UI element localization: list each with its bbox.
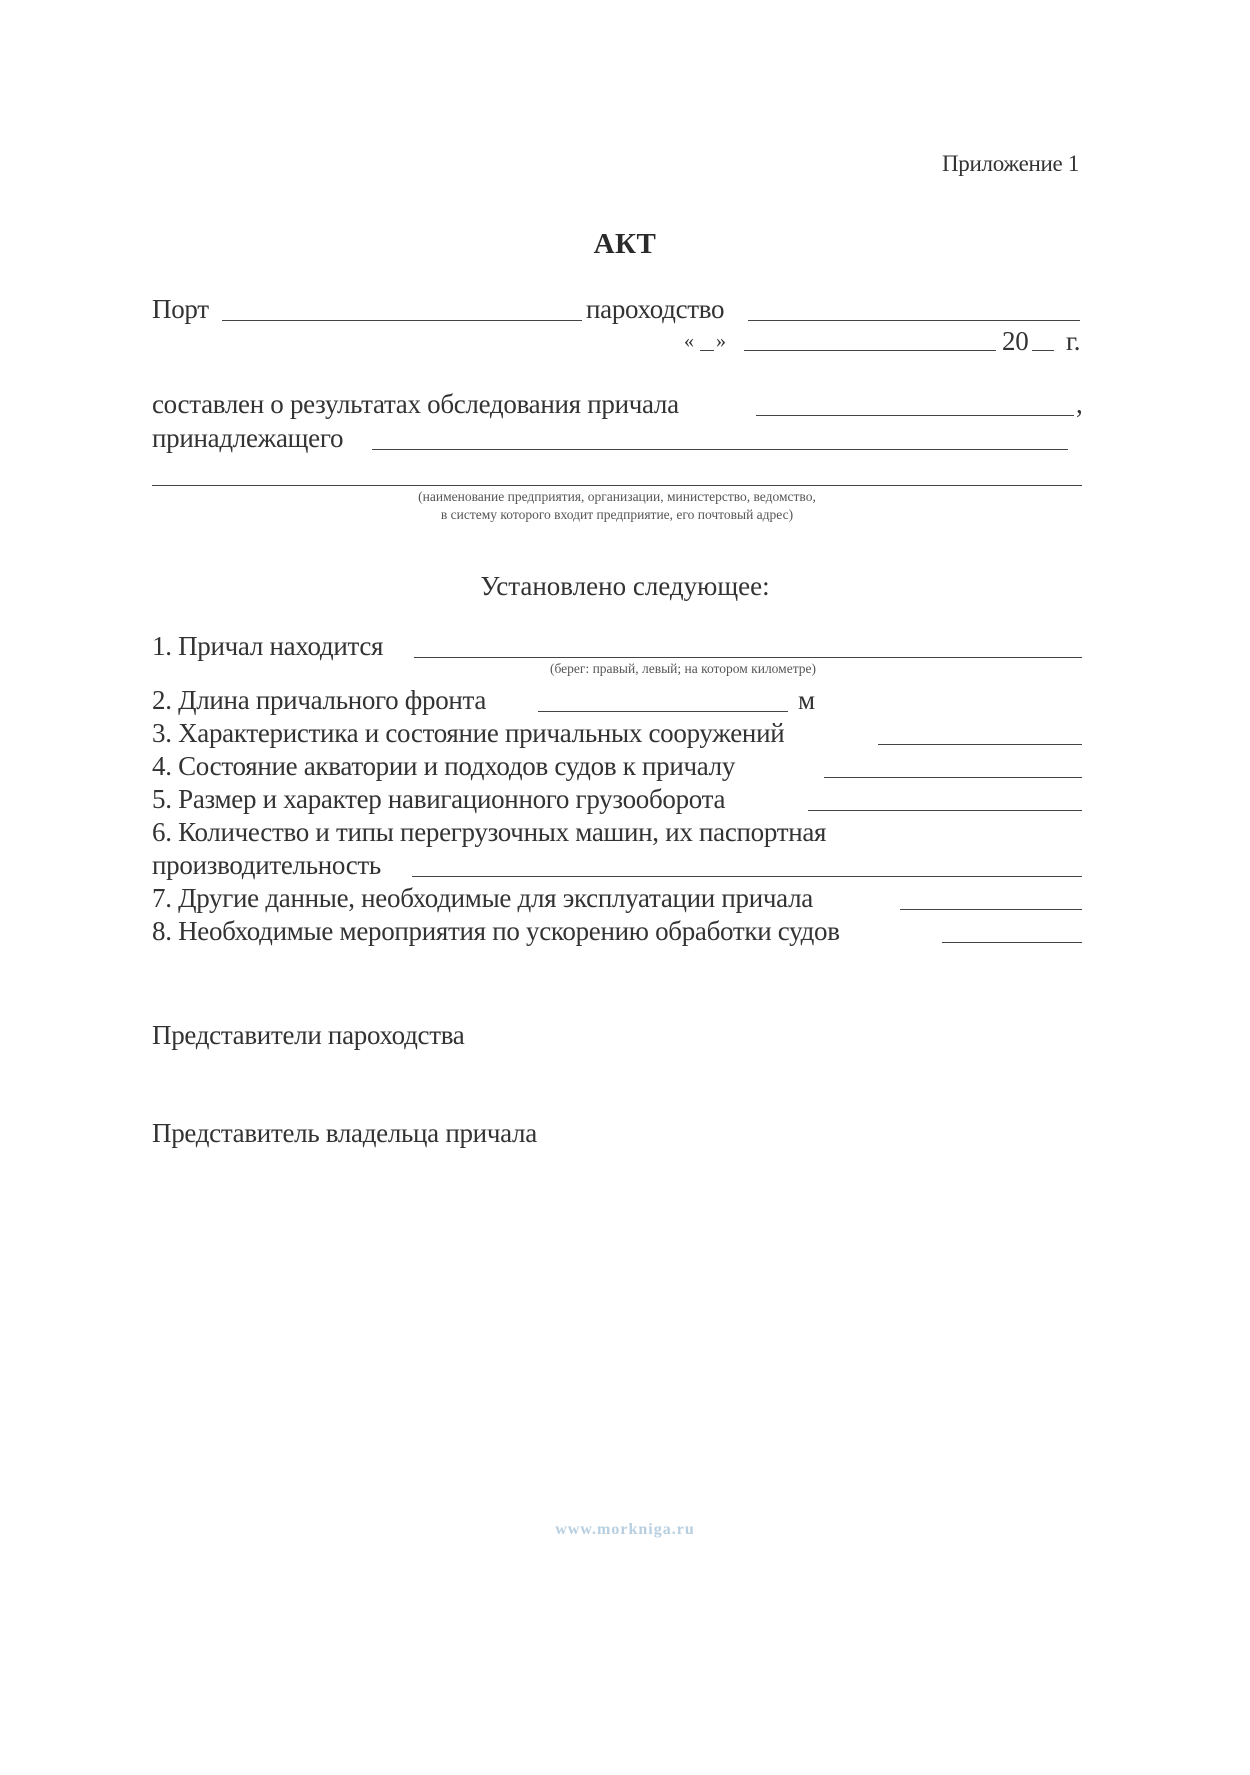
item-8-label: 8. Необходимые мероприятия по ускорению … bbox=[152, 918, 840, 945]
owner-field-continuation[interactable] bbox=[152, 485, 1082, 486]
item-4-field[interactable] bbox=[824, 777, 1082, 778]
company-field[interactable] bbox=[748, 320, 1080, 321]
item-1-label: 1. Причал находится bbox=[152, 633, 383, 660]
item-2-unit: м bbox=[798, 687, 815, 714]
date-close-quote: » bbox=[716, 330, 726, 353]
intro-line1: составлен о результатах обследования при… bbox=[152, 391, 679, 418]
item-5-field[interactable] bbox=[808, 810, 1082, 811]
port-label: Порт bbox=[152, 296, 209, 323]
watermark: www.morkniga.ru bbox=[0, 1521, 1250, 1539]
document-title: АКТ bbox=[0, 228, 1250, 261]
intro-line2: принадлежащего bbox=[152, 425, 343, 452]
owner-field[interactable] bbox=[372, 449, 1068, 450]
date-open-quote: « bbox=[684, 330, 694, 353]
owner-caption-line2: в систему которого входит предприятие, е… bbox=[152, 506, 1082, 524]
owner-caption-line1: (наименование предприятия, организации, … bbox=[152, 488, 1082, 506]
year-suffix: г. bbox=[1066, 328, 1080, 355]
item-7-field[interactable] bbox=[900, 909, 1082, 910]
item-3-field[interactable] bbox=[878, 744, 1082, 745]
item-1-caption: (берег: правый, левый; на котором киломе… bbox=[550, 660, 816, 678]
item-4-label: 4. Состояние акватории и подходов судов … bbox=[152, 753, 735, 780]
date-day-field[interactable] bbox=[700, 350, 714, 351]
berth-name-field[interactable] bbox=[756, 415, 1074, 416]
appendix-label: Приложение 1 bbox=[942, 152, 1079, 175]
item-8-field[interactable] bbox=[942, 942, 1082, 943]
owner-caption: (наименование предприятия, организации, … bbox=[152, 488, 1082, 523]
item-2-label: 2. Длина причального фронта bbox=[152, 687, 486, 714]
intro-comma: , bbox=[1076, 391, 1082, 418]
item-6-field[interactable] bbox=[412, 876, 1082, 877]
year-prefix: 20 bbox=[1002, 328, 1028, 355]
item-1-field[interactable] bbox=[414, 657, 1082, 658]
date-month-field[interactable] bbox=[744, 350, 996, 351]
signature-owner-rep: Представитель владельца причала bbox=[152, 1120, 537, 1147]
item-5-label: 5. Размер и характер навигационного груз… bbox=[152, 786, 725, 813]
item-6-label: 6. Количество и типы перегрузочных машин… bbox=[152, 819, 826, 846]
item-3-label: 3. Характеристика и состояние причальных… bbox=[152, 720, 784, 747]
item-7-label: 7. Другие данные, необходимые для эксплу… bbox=[152, 885, 813, 912]
item-6-continuation: производительность bbox=[152, 852, 381, 879]
established-heading: Установлено следующее: bbox=[0, 571, 1250, 602]
item-2-field[interactable] bbox=[538, 711, 788, 712]
company-label: пароходство bbox=[586, 296, 724, 323]
signature-company-reps: Представители пароходства bbox=[152, 1022, 464, 1049]
port-field[interactable] bbox=[222, 320, 582, 321]
year-field[interactable] bbox=[1032, 350, 1054, 351]
